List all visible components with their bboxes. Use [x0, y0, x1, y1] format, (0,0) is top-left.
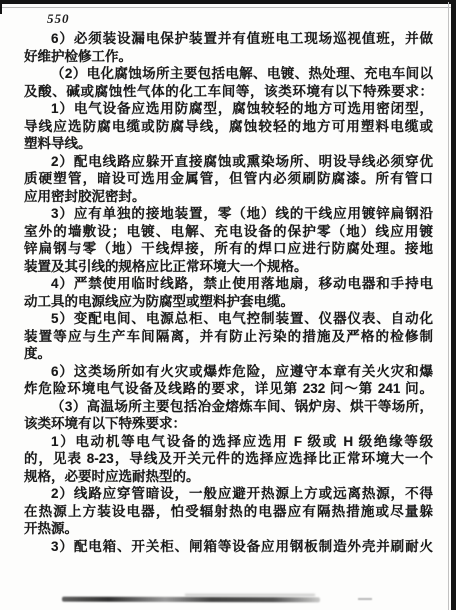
text-line: 在热源上方装设电器，怕受辐射热的电器应有隔热措施或尽量躲: [24, 503, 433, 521]
text-line: 6）这类场所如有火灾或爆炸危险，应遵守本章有关火灾和爆: [24, 363, 433, 381]
text-line: 3）应有单独的接地装置，零（地）线的干线应用镀锌扁钢沿: [24, 205, 433, 223]
text-line: （2）电化腐蚀场所主要包括电解、电镀、热处理、充电车间以: [24, 65, 433, 83]
scan-edge-corner: [0, 0, 2, 14]
page-number: 550: [47, 11, 70, 27]
text-line: 3）配电箱、开关柜、闸箱等设备应用钢板制造外壳并刷耐火: [24, 538, 433, 556]
text-line: 度。: [24, 345, 433, 363]
text-line: 装置及其引线的规格应比正常环境大一个规格。: [24, 258, 433, 276]
text-line: 炸危险环境电气设备及线路的要求，详见第 232 问～第 241 问。: [24, 380, 433, 398]
text-line: 导线应选防腐电缆或防腐导线，腐蚀较轻的地方可用塑料电缆或: [24, 118, 433, 136]
scan-smudge: [62, 597, 320, 603]
text-line: 5）变配电间、电源总柜、电气控制装置、仪器仪表、自动化: [24, 310, 433, 328]
scan-smudge-faint: [185, 594, 315, 596]
text-line: 动工具的电源线应为防腐型或塑料护套电缆。: [24, 293, 433, 311]
text-line: 装置等应与生产车间隔离，并有防止污染的措施及严格的检修制: [24, 328, 433, 346]
scanned-book-page: 550 6）必须装设漏电保护装置并有值班电工现场巡视值班，并做好维护检修工作。（…: [0, 0, 456, 610]
text-line: 6）必须装设漏电保护装置并有值班电工现场巡视值班，并做: [24, 30, 433, 48]
scan-smudge-mark: [358, 598, 372, 600]
scan-edge-top-shadow: [0, 7, 452, 8]
text-line: 该类环境有以下特殊要求：: [24, 415, 433, 433]
page-text-block: 6）必须装设漏电保护装置并有值班电工现场巡视值班，并做好维护检修工作。（2）电化…: [24, 30, 433, 555]
text-line: 塑料导线。: [24, 135, 433, 153]
text-line: 1）电动机等电气设备的选择应选用 F 级或 H 级绝缘等级: [24, 433, 433, 451]
scan-edge-right: [451, 0, 456, 610]
text-line: 应用密封胶泥密封。: [24, 188, 433, 206]
text-line: 室外的墙敷设；电镀、电解、充电设备的保护零（地）线应用镀: [24, 223, 433, 241]
text-line: 规格，必要时应选耐热型的。: [24, 468, 433, 486]
text-line: 锌扁钢与零（地）干线焊接，所有的焊口应进行防腐处理。接地: [24, 240, 433, 258]
text-line: 4）严禁使用临时线路，禁止使用落地扇，移动电器和手持电: [24, 275, 433, 293]
text-line: 的，见表 8-23，导线及开关元件的选择应选择比正常环境大一个: [24, 450, 433, 468]
text-line: 开热源。: [24, 520, 433, 538]
scan-edge-right-shadow: [448, 2, 449, 610]
text-line: 2）线路应穿管暗设，一般应避开热源上方或远离热源，不得: [24, 485, 433, 503]
text-line: 及酸、碱或腐蚀性气体的化工车间等，该类环境有以下特殊要求：: [24, 83, 433, 101]
text-line: 好维护检修工作。: [24, 48, 433, 66]
scan-edge-top: [0, 0, 456, 4]
text-line: 1）电气设备应选用防腐型，腐蚀较轻的地方可选用密闭型，: [24, 100, 433, 118]
text-line: （3）高温场所主要包括冶金熔炼车间、锅炉房、烘干等场所，: [24, 398, 433, 416]
text-line: 2）配电线路应躲开直接腐蚀或熏染场所、明设导线必须穿优: [24, 153, 433, 171]
text-line: 质硬塑管，暗设可选用金属管，但管内必须刷防腐漆。所有管口: [24, 170, 433, 188]
